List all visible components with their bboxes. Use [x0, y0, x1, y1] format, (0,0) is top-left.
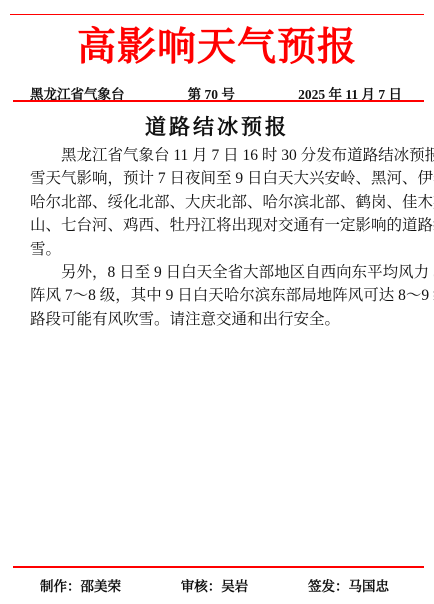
body-line: 黑龙江省气象台 11 月 7 日 16 时 30 分发布道路结冰预报：受雨: [30, 144, 406, 167]
body-line: 山、七台河、鸡西、牡丹江将出现对交通有一定影响的道路结冰或积: [30, 214, 406, 237]
top-rule: [10, 14, 424, 15]
body-line: 雪天气影响，预计 7 日夜间至 9 日白天大兴安岭、黑河、伊春、齐齐: [30, 167, 406, 190]
footer-rule: [13, 566, 424, 568]
body-line: 路段可能有风吹雪。请注意交通和出行安全。: [30, 308, 406, 331]
forecast-body: 黑龙江省气象台 11 月 7 日 16 时 30 分发布道路结冰预报：受雨雪天气…: [30, 144, 406, 331]
weather-bulletin-page: 高影响天气预报 黑龙江省气象台 第 70 号 2025 年 11 月 7 日 道…: [0, 0, 434, 604]
bulletin-main-title: 高影响天气预报: [0, 27, 434, 69]
signature-row: 制作：邵美荣 审核：吴岩 签发：马国忠: [40, 575, 389, 595]
header-rule: [13, 100, 424, 102]
body-line: 雪。: [30, 238, 406, 261]
maker-credit: 制作：邵美荣: [40, 575, 121, 595]
body-line: 阵风 7～8 级，其中 9 日白天哈尔滨东部局地阵风可达 8～9 级，部分: [30, 284, 406, 307]
body-line: 另外，8 日至 9 日白天全省大部地区自西向东平均风力 5～6 级，: [30, 261, 406, 284]
signer-credit: 签发：马国忠: [308, 575, 389, 595]
body-line: 哈尔北部、绥化北部、大庆北部、哈尔滨北部、鹤岗、佳木斯、双鸭: [30, 191, 406, 214]
reviewer-credit: 审核：吴岩: [181, 575, 249, 595]
forecast-title: 道路结冰预报: [0, 111, 434, 141]
